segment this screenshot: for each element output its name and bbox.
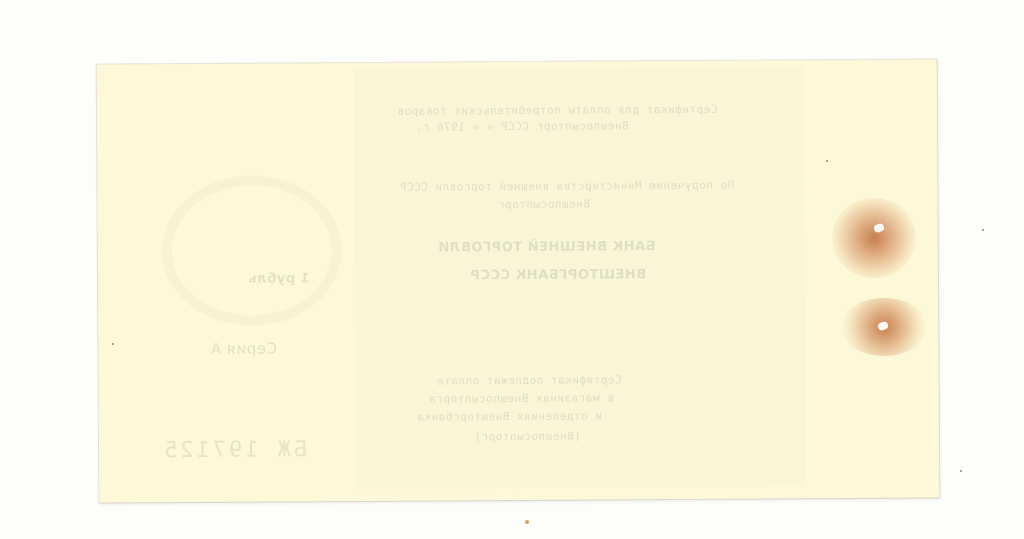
emblem-ghost bbox=[161, 175, 342, 326]
ghost-bank-line-2: ВНЕШТОРГБАНК СССР bbox=[470, 267, 646, 283]
ghost-top-line-2: Внешпосылторг СССР « » 1976 г. bbox=[415, 119, 629, 133]
dust-speck bbox=[525, 520, 529, 524]
dust-speck bbox=[960, 470, 962, 472]
ghost-bank-line-1: БАНК ВНЕШНЕЙ ТОРГОВЛИ bbox=[438, 239, 656, 255]
ghost-denomination: 1 рубль bbox=[248, 271, 310, 286]
dust-speck bbox=[826, 160, 828, 162]
cheque-reverse: Сертификат для оплаты потребительских то… bbox=[97, 59, 940, 502]
ghost-bottom-line-1: Сертификат подлежит оплате bbox=[437, 373, 622, 387]
ghost-middle-line-1: По поручению Министерства внешней торгов… bbox=[399, 179, 734, 194]
ghost-bottom-line-2: в магазинах Внешпосылторга bbox=[429, 391, 614, 405]
dust-speck bbox=[982, 229, 984, 231]
dust-speck bbox=[112, 343, 114, 345]
rust-stain-upper bbox=[832, 198, 916, 278]
ghost-bottom-line-3: и отделениях Внешторгбанка bbox=[417, 409, 602, 423]
ghost-bottom-line-4: (Внешпосылторг) bbox=[474, 430, 581, 444]
ghost-top-line-1: Сертификат для оплаты потребительских то… bbox=[397, 103, 718, 118]
ghost-serial-number: БЖ 197125 bbox=[161, 437, 307, 463]
ghost-middle-line-2: Внешпосылторг bbox=[497, 198, 590, 212]
ghost-series: Серия А bbox=[210, 339, 277, 357]
